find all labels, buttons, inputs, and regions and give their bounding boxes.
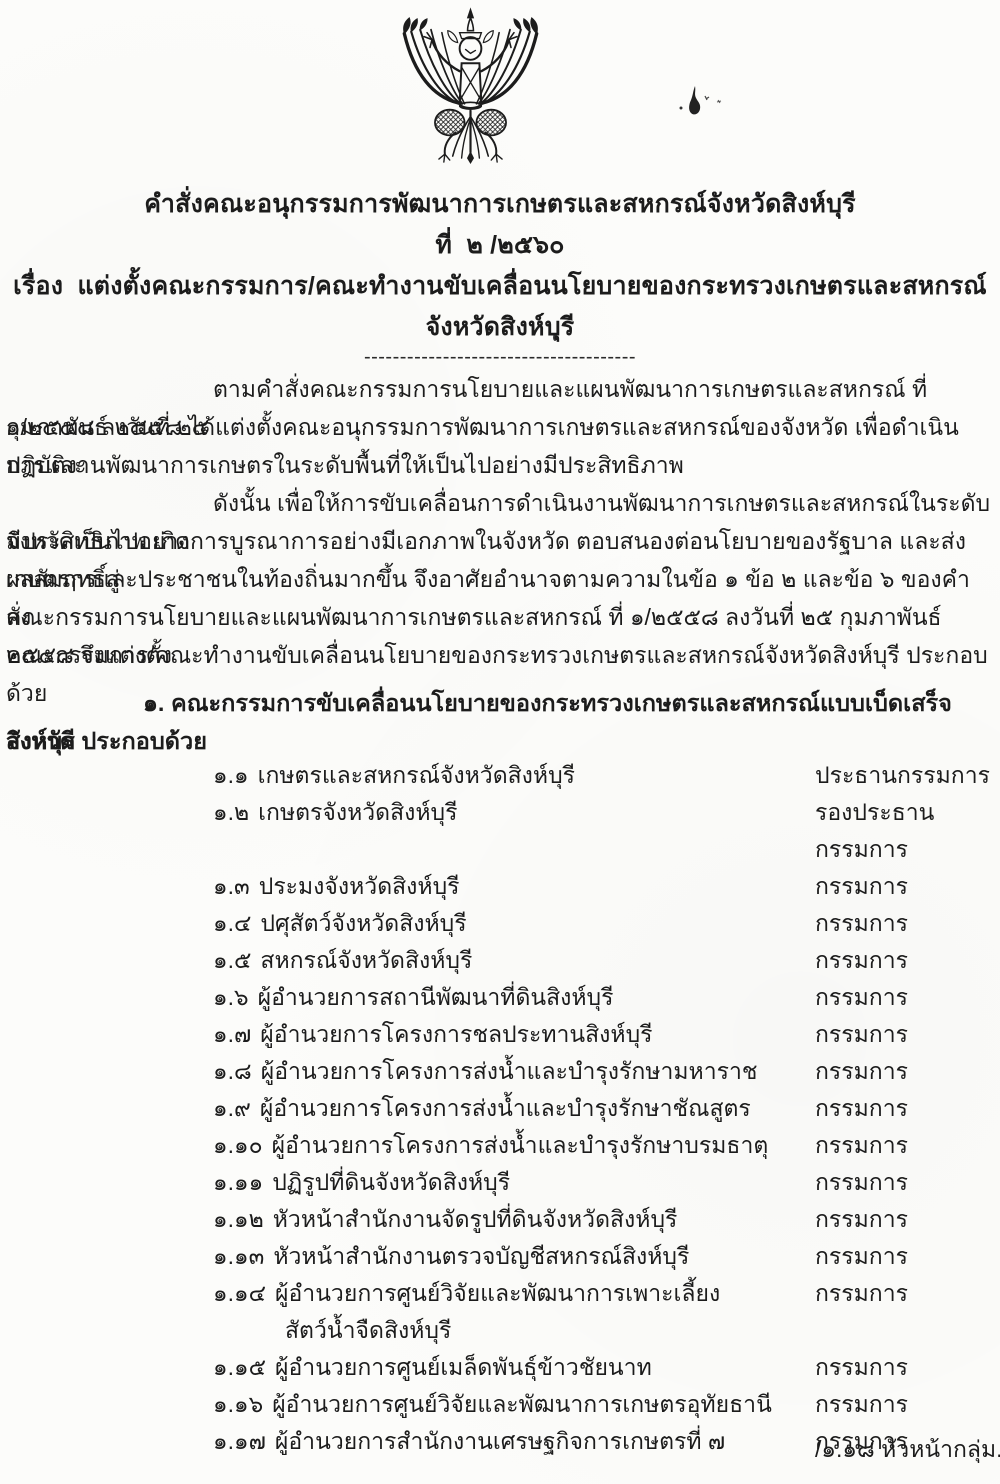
committee-member-name-line2: สัตว์น้ำจืดสิงห์บุรี: [213, 1312, 815, 1349]
committee-row: ๑.๑๓หัวหน้าสำนักงานตรวจบัญชีสหกรณ์สิงห์บ…: [213, 1238, 992, 1275]
committee-item-number: ๑.๑๓: [213, 1243, 264, 1269]
committee-member-name: ๑.๑๐ผู้อำนวยการโครงการส่งน้ำและบำรุงรักษ…: [213, 1127, 815, 1164]
paragraph-line: ตามคำสั่งคณะกรรมการนโยบายและแผนพัฒนาการเ…: [6, 370, 992, 408]
order-title: คำสั่งคณะอนุกรรมการพัฒนาการเกษตรและสหกรณ…: [0, 184, 1000, 225]
committee-member-name: ๑.๙ผู้อำนวยการโครงการส่งน้ำและบำรุงรักษา…: [213, 1090, 815, 1127]
committee-member-role: กรรมการ: [815, 942, 992, 979]
committee-row: ๑.๑๖ผู้อำนวยการศูนย์วิจัยและพัฒนาการเกษต…: [213, 1386, 992, 1423]
committee-list: ๑.๑เกษตรและสหกรณ์จังหวัดสิงห์บุรี ประธาน…: [213, 757, 992, 1460]
committee-row: ๑.๕สหกรณ์จังหวัดสิงห์บุรี กรรมการ: [213, 942, 992, 979]
committee-member-role: กรรมการ: [815, 979, 992, 1016]
committee-member-name: ๑.๗ผู้อำนวยการโครงการชลประทานสิงห์บุรี: [213, 1016, 815, 1053]
committee-row: ๑.๙ผู้อำนวยการโครงการส่งน้ำและบำรุงรักษา…: [213, 1090, 992, 1127]
committee-row: ๑.๑๐ผู้อำนวยการโครงการส่งน้ำและบำรุงรักษ…: [213, 1127, 992, 1164]
committee-item-number: ๑.๑๔: [213, 1280, 266, 1306]
paragraph-line: กุมภาพันธ์ ๒๕๕๘ ได้แต่งตั้งคณะอนุกรรมการ…: [6, 408, 992, 446]
committee-row: ๑.๑๒หัวหน้าสำนักงานจัดรูปที่ดินจังหวัดสิ…: [213, 1201, 992, 1238]
document-title-block: คำสั่งคณะอนุกรรมการพัฒนาการเกษตรและสหกรณ…: [0, 184, 1000, 348]
committee-row: ๑.๑๕ผู้อำนวยการศูนย์เมล็ดพันธุ์ข้าวชัยนา…: [213, 1349, 992, 1386]
committee-member-name: ๑.๒เกษตรจังหวัดสิงห์บุรี: [213, 794, 815, 831]
committee-item-number: ๑.๘: [213, 1058, 252, 1084]
committee-row: ๑.๒เกษตรจังหวัดสิงห์บุรี รองประธานกรรมกา…: [213, 794, 992, 868]
section-heading-line: สิงห์บุรี ประกอบด้วย: [6, 722, 992, 760]
committee-member-name: ๑.๕สหกรณ์จังหวัดสิงห์บุรี: [213, 942, 815, 979]
order-subject-province: จังหวัดสิงห์บุรี: [0, 307, 1000, 348]
paragraph-rationale: ดังนั้น เพื่อให้การขับเคลื่อนการดำเนินงา…: [6, 484, 992, 674]
committee-member-role: กรรมการ: [815, 1201, 992, 1238]
committee-member-name: ๑.๑๕ผู้อำนวยการศูนย์เมล็ดพันธุ์ข้าวชัยนา…: [213, 1349, 815, 1386]
committee-member-role: กรรมการ: [815, 1016, 992, 1053]
order-subject: เรื่อง แต่งตั้งคณะกรรมการ/คณะทำงานขับเคล…: [0, 266, 1000, 307]
committee-member-role: ประธานกรรมการ: [815, 757, 992, 794]
committee-member-name: ๑.๓ประมงจังหวัดสิงห์บุรี: [213, 868, 815, 905]
committee-member-name: ๑.๖ผู้อำนวยการสถานีพัฒนาที่ดินสิงห์บุรี: [213, 979, 815, 1016]
committee-item-number: ๑.๑: [213, 762, 249, 788]
committee-member-role: รองประธานกรรมการ: [815, 794, 992, 868]
paragraph-line: มีประสิทธิภาพ เกิดการบูรณาการอย่างมีเอกภ…: [6, 522, 992, 560]
committee-member-name: ๑.๑๑ปฏิรูปที่ดินจังหวัดสิงห์บุรี: [213, 1164, 815, 1201]
committee-member-role: กรรมการ: [815, 1053, 992, 1090]
committee-item-number: ๑.๑๑: [213, 1169, 263, 1195]
paragraph-line: คณะกรรมการ/คณะทำงานขับเคลื่อนนโยบายของกร…: [6, 636, 992, 674]
committee-member-role: กรรมการ: [815, 1386, 992, 1423]
dash-divider: --------------------------------------: [0, 346, 1000, 369]
committee-row: ๑.๘ผู้อำนวยการโครงการส่งน้ำและบำรุงรักษา…: [213, 1053, 992, 1090]
section-1-heading: ๑. คณะกรรมการขับเคลื่อนนโยบายของกระทรวงเ…: [6, 684, 992, 760]
scanned-document-page: คำสั่งคณะอนุกรรมการพัฒนาการเกษตรและสหกรณ…: [0, 0, 1000, 1484]
committee-member-name: ๑.๑เกษตรและสหกรณ์จังหวัดสิงห์บุรี: [213, 757, 815, 794]
order-number: ที่ ๒ /๒๕๖๐: [0, 225, 1000, 266]
committee-member-role: กรรมการ: [815, 1127, 992, 1164]
committee-member-name: ๑.๑๓หัวหน้าสำนักงานตรวจบัญชีสหกรณ์สิงห์บ…: [213, 1238, 815, 1275]
garuda-emblem-icon: [393, 6, 548, 164]
committee-member-name: ๑.๑๒หัวหน้าสำนักงานจัดรูปที่ดินจังหวัดสิ…: [213, 1201, 815, 1238]
committee-member-name: ๑.๔ปศุสัตว์จังหวัดสิงห์บุรี: [213, 905, 815, 942]
committee-row: ๑.๑๔ผู้อำนวยการศูนย์วิจัยและพัฒนาการเพาะ…: [213, 1275, 992, 1349]
committee-row: ๑.๖ผู้อำนวยการสถานีพัฒนาที่ดินสิงห์บุรี …: [213, 979, 992, 1016]
committee-item-number: ๑.๕: [213, 947, 251, 973]
committee-item-number: ๑.๙: [213, 1095, 251, 1121]
committee-item-number: ๑.๖: [213, 984, 249, 1010]
committee-item-number: ๑.๑๕: [213, 1354, 266, 1380]
paragraph-line: ดังนั้น เพื่อให้การขับเคลื่อนการดำเนินงา…: [6, 484, 992, 522]
committee-row: ๑.๔ปศุสัตว์จังหวัดสิงห์บุรี กรรมการ: [213, 905, 992, 942]
paragraph-preamble: ตามคำสั่งคณะกรรมการนโยบายและแผนพัฒนาการเ…: [6, 370, 992, 484]
committee-row: ๑.๗ผู้อำนวยการโครงการชลประทานสิงห์บุรี ก…: [213, 1016, 992, 1053]
ink-smudge-artifact: [678, 82, 728, 126]
committee-item-number: ๑.๔: [213, 910, 251, 936]
committee-item-number: ๑.๑๒: [213, 1206, 264, 1232]
committee-member-role: กรรมการ: [815, 1090, 992, 1127]
committee-member-name: ๑.๑๗ผู้อำนวยการสำนักงานเศรษฐกิจการเกษตรท…: [213, 1423, 815, 1460]
paragraph-line: เกษตรกรและประชาชนในท้องถิ่นมากขึ้น จึงอา…: [6, 560, 992, 598]
committee-row: ๑.๑เกษตรและสหกรณ์จังหวัดสิงห์บุรี ประธาน…: [213, 757, 992, 794]
committee-member-role: กรรมการ: [815, 905, 992, 942]
paragraph-line: ปฏิบัติงานพัฒนาการเกษตรในระดับพื้นที่ให้…: [6, 446, 992, 484]
committee-item-number: ๑.๓: [213, 873, 250, 899]
page-continuation-note: /๑.๑๘ หัวหน้ากลุ่ม......: [815, 1434, 1000, 1464]
section-heading-line: ๑. คณะกรรมการขับเคลื่อนนโยบายของกระทรวงเ…: [6, 684, 992, 722]
paragraph-line: คณะกรรมการนโยบายและแผนพัฒนาการเกษตรและสห…: [6, 598, 992, 636]
committee-item-number: ๑.๑๗: [213, 1428, 266, 1454]
committee-row: ๑.๑๑ปฏิรูปที่ดินจังหวัดสิงห์บุรี กรรมการ: [213, 1164, 992, 1201]
committee-member-name: ๑.๑๖ผู้อำนวยการศูนย์วิจัยและพัฒนาการเกษต…: [213, 1386, 815, 1423]
committee-item-number: ๑.๗: [213, 1021, 251, 1047]
committee-item-number: ๑.๑๖: [213, 1391, 263, 1417]
committee-item-number: ๑.๑๐: [213, 1132, 263, 1158]
committee-member-role: กรรมการ: [815, 1349, 992, 1386]
committee-member-role: กรรมการ: [815, 1275, 992, 1312]
committee-item-number: ๑.๒: [213, 799, 249, 825]
committee-member-name: ๑.๑๔ผู้อำนวยการศูนย์วิจัยและพัฒนาการเพาะ…: [213, 1275, 815, 1349]
committee-member-role: กรรมการ: [815, 868, 992, 905]
committee-member-role: กรรมการ: [815, 1238, 992, 1275]
committee-row: ๑.๓ประมงจังหวัดสิงห์บุรี กรรมการ: [213, 868, 992, 905]
committee-member-role: กรรมการ: [815, 1164, 992, 1201]
committee-member-name: ๑.๘ผู้อำนวยการโครงการส่งน้ำและบำรุงรักษา…: [213, 1053, 815, 1090]
